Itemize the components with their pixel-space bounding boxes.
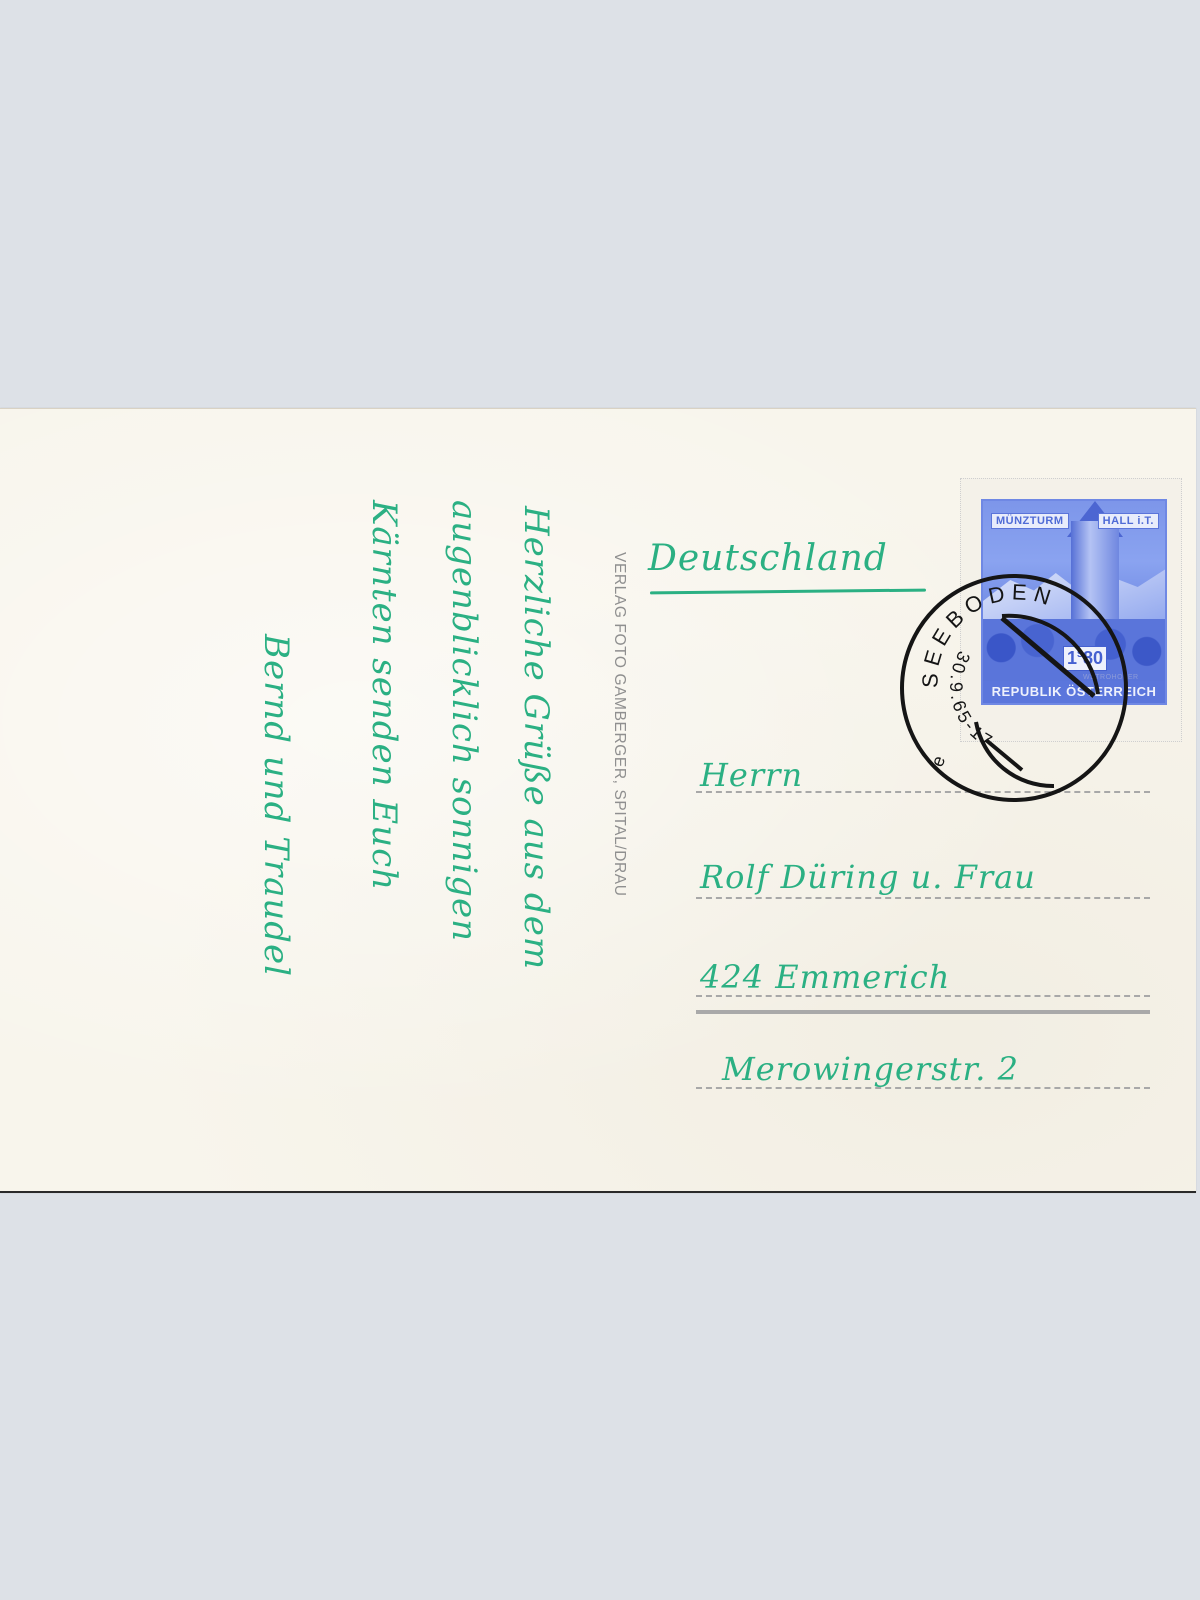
message-line-1: Herzliche Grüße aus dem — [516, 506, 556, 970]
message-line-2: augenblicklich sonnigen — [444, 500, 484, 942]
stamp-title-right: HALL i.T. — [1098, 513, 1159, 529]
stamp-title-left: MÜNZTURM — [991, 513, 1069, 529]
message-line-3: Kärnten senden Euch — [364, 500, 404, 891]
postmark-date: 30.9.65-17 — [946, 648, 998, 753]
svg-text:SEEBODEN: SEEBODEN — [917, 579, 1059, 688]
address-rule-3 — [696, 995, 1150, 997]
address-line-1: Herrn — [700, 756, 803, 794]
address-rule-4 — [696, 1087, 1150, 1089]
address-country: Deutschland — [648, 538, 888, 579]
address-line-4: Merowingerstr. 2 — [722, 1050, 1019, 1088]
postmark-town: SEEBODEN — [917, 579, 1059, 688]
svg-text:30.9.65-17: 30.9.65-17 — [946, 648, 998, 753]
address-line-3: 424 Emmerich — [700, 958, 950, 996]
publisher-imprint: VERLAG FOTO GAMBERGER, SPITAL/DRAU — [610, 552, 628, 897]
postmark-code: e — [927, 753, 949, 769]
address-rule-2 — [696, 897, 1150, 899]
postmark: SEEBODEN 30.9.65-17 e — [898, 572, 1130, 804]
postmark-cancel-icon: SEEBODEN 30.9.65-17 e — [898, 572, 1130, 804]
message-line-4: Bernd und Traudel — [256, 634, 296, 977]
address-line-2: Rolf Düring u. Frau — [700, 858, 1036, 896]
address-rule-solid — [696, 1010, 1150, 1014]
